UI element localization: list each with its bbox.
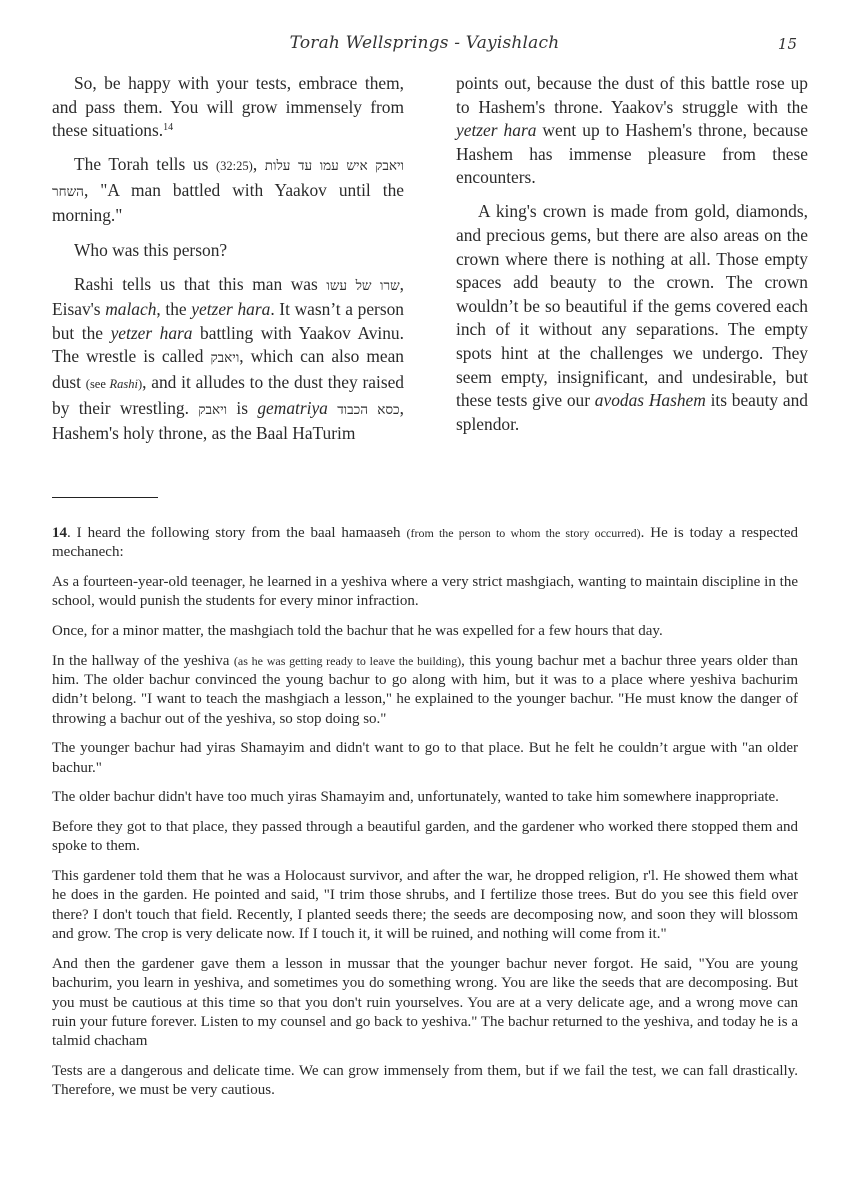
footnote-paragraph: Once, for a minor matter, the mashgiach …	[52, 622, 798, 641]
text-span: In the hallway of the yeshiva	[52, 653, 234, 669]
footnote-paragraph: As a fourteen-year-old teenager, he lear…	[52, 573, 798, 612]
left-column: So, be happy with your tests, embrace th…	[52, 72, 404, 456]
hebrew-term: ויאבק	[198, 402, 227, 418]
italic-term: gematriya	[257, 398, 328, 418]
paragraph-who-was: Who was this person?	[52, 239, 404, 263]
text-span: A king's crown is made from gold, diamon…	[456, 201, 808, 410]
footnote-ref-14[interactable]: 14	[163, 122, 173, 133]
footnote-paragraph: The younger bachur had yiras Shamayim an…	[52, 739, 798, 778]
footnote-separator	[52, 497, 158, 498]
main-text-columns: So, be happy with your tests, embrace th…	[52, 72, 808, 456]
see-rashi-note: (see Rashi)	[86, 377, 142, 391]
text-span: Rashi tells us that this man was	[74, 274, 326, 294]
footnote-14: 14. I heard the following story from the…	[52, 524, 798, 563]
footnote-paragraph: And then the gardener gave them a lesson…	[52, 955, 798, 1052]
paragraph-be-happy: So, be happy with your tests, embrace th…	[52, 72, 404, 143]
text-span: ,	[253, 154, 265, 174]
hebrew-term: כסא הכבוד	[337, 402, 399, 418]
text-span: , "A man battled with Yaakov until the m…	[52, 180, 404, 226]
italic-term: yetzer hara	[191, 299, 270, 319]
text-span: , the	[156, 299, 191, 319]
italic-term: malach	[105, 299, 156, 319]
italic-term: Rashi	[109, 377, 137, 391]
text-span: (see	[86, 377, 110, 391]
parenthetical-note: (from the person to whom the story occur…	[406, 526, 640, 540]
right-column: points out, because the dust of this bat…	[456, 72, 808, 456]
italic-term: avodas Hashem	[595, 390, 706, 410]
paragraph-torah-tells: The Torah tells us (32:25), ויאבק איש עמ…	[52, 153, 404, 228]
hebrew-term: שרו של עשו	[326, 278, 399, 294]
italic-term: yetzer hara	[111, 323, 193, 343]
footnote-number: 14	[52, 525, 67, 541]
paragraph-continued: points out, because the dust of this bat…	[456, 72, 808, 190]
paragraph-kings-crown: A king's crown is made from gold, diamon…	[456, 200, 808, 436]
footnote-paragraph: Before they got to that place, they pass…	[52, 818, 798, 857]
paragraph-text: So, be happy with your tests, embrace th…	[52, 73, 404, 140]
running-title: Torah Wellsprings - Vayishlach	[0, 33, 849, 53]
hebrew-term: ויאבק	[210, 350, 239, 366]
text-span	[328, 398, 337, 418]
italic-term: yetzer hara	[456, 120, 536, 140]
footnote-paragraph: Tests are a dangerous and delicate time.…	[52, 1062, 798, 1101]
text-span: is	[227, 398, 257, 418]
footnote-paragraph: The older bachur didn't have too much yi…	[52, 788, 798, 807]
verse-reference: (32:25)	[216, 159, 253, 173]
footnote-paragraph: This gardener told them that he was a Ho…	[52, 867, 798, 945]
footnote-paragraph-hallway: In the hallway of the yeshiva (as he was…	[52, 652, 798, 730]
text-span: The Torah tells us	[74, 154, 216, 174]
paragraph-rashi: Rashi tells us that this man was שרו של …	[52, 273, 404, 446]
book-page: Torah Wellsprings - Vayishlach 15 So, be…	[0, 0, 849, 1200]
page-number: 15	[778, 35, 797, 53]
parenthetical-note: (as he was getting ready to leave the bu…	[234, 654, 461, 668]
text-span: points out, because the dust of this bat…	[456, 73, 808, 117]
footnotes-section: 14. I heard the following story from the…	[52, 524, 798, 1111]
text-span: . I heard the following story from the b…	[67, 525, 406, 541]
